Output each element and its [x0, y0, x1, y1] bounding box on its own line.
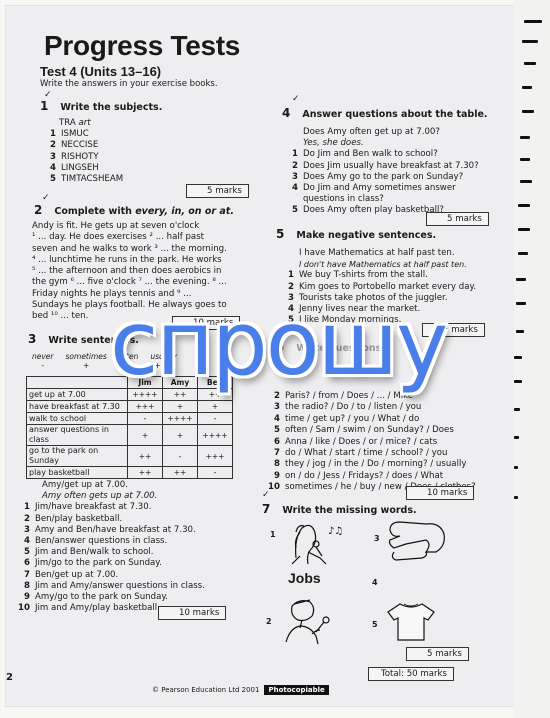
- svg-text:♪♫: ♪♫: [328, 526, 343, 537]
- table-row: go to the park on Sunday++-+++: [27, 446, 233, 467]
- check-mark-icon: ✓: [292, 94, 300, 104]
- frequency-key: never- sometimes+ often++ usually+++: [32, 352, 177, 370]
- exercise-6-list: 2Paris? / from / Does / ... / Mike 3the …: [266, 391, 496, 494]
- tshirt-illustration-icon: [386, 600, 436, 642]
- photocopiable-badge: Photocopiable: [264, 685, 328, 695]
- total-marks-box: Total: 50 marks: [368, 667, 454, 681]
- exercise-4-heading: 4Answer questions about the table.: [282, 106, 488, 120]
- check-mark-icon: ✓: [42, 193, 50, 203]
- table-row: walk to school-++++-: [27, 413, 233, 425]
- frequency-table: Jim Amy Ben get up at 7.00++++++++ have …: [26, 376, 233, 479]
- table-row: play basketball++++-: [27, 467, 233, 479]
- exercise-3-heading: 3Write sentences.: [28, 332, 139, 346]
- marks-box: 5 marks: [426, 212, 489, 226]
- marks-box: 5 marks: [406, 647, 469, 661]
- marks-box: 10 marks: [406, 486, 474, 500]
- exercise-5-heading: 5Make negative sentences.: [276, 227, 436, 241]
- footer: © Pearson Education Ltd 2001 Photocopiab…: [152, 685, 329, 695]
- marks-box: 5 marks: [422, 323, 485, 337]
- jobs-label: Jobs: [288, 570, 321, 586]
- page-number: 2: [6, 672, 13, 683]
- sweatshirt-illustration-icon: [386, 518, 448, 562]
- copyright: © Pearson Education Ltd 2001: [152, 686, 259, 694]
- exercise-1-heading: 1Write the subjects.: [40, 99, 162, 113]
- marks-box: 10 marks: [172, 316, 240, 330]
- exercise-6-heading: 6Write questions.: [276, 340, 385, 354]
- instruction: Write the answers in your exercise books…: [40, 79, 218, 89]
- reporter-illustration-icon: [276, 596, 340, 646]
- exercise-2-heading: 2Complete with every, in, on or at.: [34, 203, 234, 217]
- exercise-3-list: Amy/get up at 7.00. Amy often gets up at…: [16, 480, 205, 614]
- table-row: answer questions in class++++++: [27, 425, 233, 446]
- singer-illustration-icon: ♪♫: [286, 518, 346, 568]
- exercise-7-heading: 7Write the missing words.: [262, 502, 417, 516]
- exercise-4-list: Does Amy often get up at 7.00? Yes, she …: [284, 127, 494, 217]
- exercise-5-list: I have Mathematics at half past ten. I d…: [280, 248, 495, 326]
- table-row: get up at 7.00++++++++: [27, 389, 233, 401]
- marks-box: 10 marks: [158, 606, 226, 620]
- binding-edge: [514, 0, 550, 718]
- check-mark-icon: ✓: [262, 490, 270, 500]
- marks-box: 5 marks: [186, 184, 249, 198]
- exercise-1-list: TRA art 1ISMUC 2NECCISE 3RISHOTY 4LINGSE…: [42, 118, 123, 185]
- table-row: have breakfast at 7.30+++++: [27, 401, 233, 413]
- test-subtitle: Test 4 (Units 13–16): [40, 64, 161, 79]
- exercise-2-paragraph: Andy is fit. He gets up at seven o'clock…: [32, 221, 252, 323]
- page-title: Progress Tests: [44, 30, 240, 62]
